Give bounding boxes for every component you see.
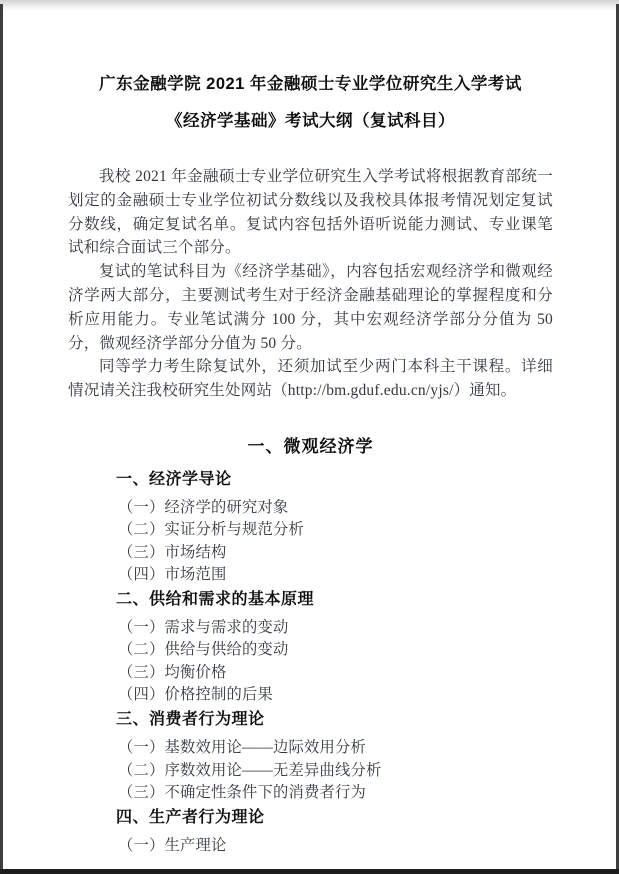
section-title-microeconomics: 一、微观经济学 [68,435,553,459]
document-page: 广东金融学院 2021 年金融硕士专业学位研究生入学考试 《经济学基础》考试大纲… [0,0,619,874]
outline-item-1-4: （四）市场范围 [118,564,553,586]
outline-item-2-3: （三）均衡价格 [118,662,553,684]
syllabus-outline: 一、经济学导论 （一）经济学的研究对象 （二）实证分析与规范分析 （三）市场结构… [68,469,553,858]
outline-item-3-2: （二）序数效用论——无差异曲线分析 [118,760,553,782]
doc-title-line-2: 《经济学基础》考试大纲（复试科目） [68,103,553,140]
outline-item-1-1: （一）经济学的研究对象 [118,497,553,519]
outline-item-2-2: （二）供给与供给的变动 [118,639,553,661]
document-content: 广东金融学院 2021 年金融硕士专业学位研究生入学考试 《经济学基础》考试大纲… [0,66,619,858]
paragraph-2: 复试的笔试科目为《经济学基础》，内容包括宏观经济学和微观经济学两大部分，主要测试… [68,260,553,355]
outline-item-2-4: （四）价格控制的后果 [118,684,553,706]
scan-bottom-edge [0,869,619,874]
outline-item-3-1: （一）基数效用论——边际效用分析 [118,737,553,759]
paragraph-1: 我校 2021 年金融硕士专业学位研究生入学考试将根据教育部统一划定的金融硕士专… [68,165,553,260]
outline-heading-4: 四、生产者行为理论 [116,807,553,829]
outline-heading-1: 一、经济学导论 [116,469,553,491]
outline-heading-3: 三、消费者行为理论 [116,709,553,731]
doc-title-line-1: 广东金融学院 2021 年金融硕士专业学位研究生入学考试 [68,66,553,103]
doc-title: 广东金融学院 2021 年金融硕士专业学位研究生入学考试 《经济学基础》考试大纲… [68,66,553,140]
outline-heading-2: 二、供给和需求的基本原理 [116,589,553,611]
outline-item-1-3: （三）市场结构 [118,542,553,564]
outline-item-4-1: （一）生产理论 [118,835,553,857]
scan-left-edge [0,4,3,874]
intro-paragraphs: 我校 2021 年金融硕士专业学位研究生入学考试将根据教育部统一划定的金融硕士专… [68,165,553,403]
outline-item-2-1: （一）需求与需求的变动 [118,617,553,639]
outline-item-3-3: （三）不确定性条件下的消费者行为 [118,782,553,804]
scan-top-shadow [0,0,619,10]
paragraph-3: 同等学力考生除复试外，还须加试至少两门本科主干课程。详细情况请关注我校研究生处网… [68,355,553,403]
outline-item-1-2: （二）实证分析与规范分析 [118,519,553,541]
